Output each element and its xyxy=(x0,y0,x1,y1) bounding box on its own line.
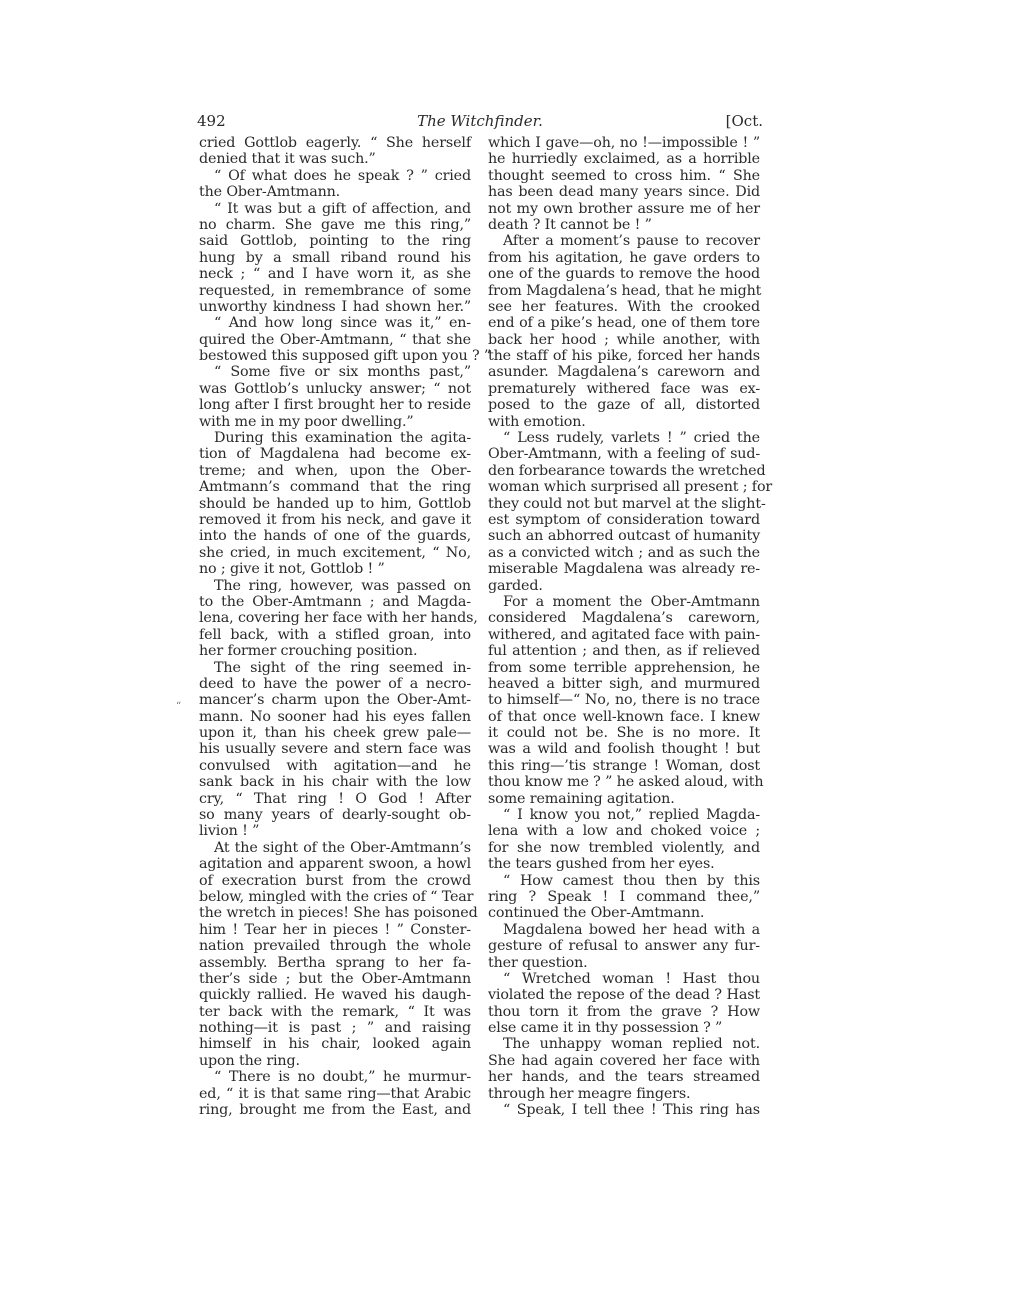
text-line: treme; and when, upon the Ober- xyxy=(199,463,471,479)
text-line: posed to the gaze of all, distorted xyxy=(488,397,760,413)
text-line: “ Speak, I tell thee ! This ring has xyxy=(488,1102,760,1118)
text-line: into the hands of one of the guards, xyxy=(199,528,471,544)
text-line: assembly. Bertha sprang to her fa- xyxy=(199,955,471,971)
text-line: tion of Magdalena had become ex- xyxy=(199,446,471,462)
text-line: Magdalena bowed her head with a xyxy=(488,922,760,938)
text-line: should be handed up to him, Gottlob xyxy=(199,496,471,512)
text-line: upon it, than his cheek grew pale— xyxy=(199,725,471,741)
text-line: hung by a small riband round his xyxy=(199,250,471,266)
text-line: neck ; “ and I have worn it, as she xyxy=(199,266,471,282)
text-line: the staff of his pike, forced her hands xyxy=(488,348,760,364)
text-line: bestowed this supposed gift upon you ? ” xyxy=(199,348,471,364)
text-line: The ring, however, was passed on xyxy=(199,578,471,594)
text-line: he hurriedly exclaimed, as a horrible xyxy=(488,151,760,167)
text-line: After a moment’s pause to recover xyxy=(488,233,760,249)
text-line: During this examination the agita- xyxy=(199,430,471,446)
text-line: quickly rallied. He waved his daugh- xyxy=(199,987,471,1003)
text-line: back her hood ; while another, with xyxy=(488,332,760,348)
text-line: asunder. Magdalena’s careworn and xyxy=(488,364,760,380)
text-line: ter back with the remark, “ It was xyxy=(199,1004,471,1020)
text-line: ful attention ; and then, as if relieved xyxy=(488,643,760,659)
text-line: quired the Ober-Amtmann, “ that she xyxy=(199,332,471,348)
text-line: miserable Magdalena was already re- xyxy=(488,561,760,577)
text-line: some remaining agitation. xyxy=(488,791,760,807)
text-line: thought seemed to cross him. “ She xyxy=(488,168,760,184)
text-line: thou know me ? ” he asked aloud, with xyxy=(488,774,760,790)
text-line: “ I know you not,” replied Magda- xyxy=(488,807,760,823)
text-line: For a moment the Ober-Amtmann xyxy=(488,594,760,610)
text-line: as a convicted witch ; and as such the xyxy=(488,545,760,561)
text-line: heaved a bitter sigh, and murmured xyxy=(488,676,760,692)
text-line: mancer’s charm upon the Ober-Amt- xyxy=(199,692,471,708)
text-line: est symptom of consideration toward xyxy=(488,512,760,528)
text-line: “ How camest thou then by this xyxy=(488,873,760,889)
text-line: was a wild and foolish thought ! but xyxy=(488,741,760,757)
text-line: considered Magdalena’s careworn, xyxy=(488,610,760,626)
text-line: ther’s side ; but the Ober-Amtmann xyxy=(199,971,471,987)
text-line: continued the Ober-Amtmann. xyxy=(488,905,760,921)
text-line: ring ? Speak ! I command thee,” xyxy=(488,889,760,905)
text-line: of that once well-known face. I knew xyxy=(488,709,760,725)
scanned-page: 492 The Witchfinder. [Oct. cried Gottlob… xyxy=(0,0,1009,1304)
text-line: withered, and agitated face with pain- xyxy=(488,627,760,643)
text-line: ther question. xyxy=(488,955,760,971)
text-line: it could not be. She is no more. It xyxy=(488,725,760,741)
text-line: ring, brought me from the East, and xyxy=(199,1102,471,1118)
text-line: from Magdalena’s head, that he might xyxy=(488,283,760,299)
text-line: with me in my poor dwelling.” xyxy=(199,414,471,430)
text-column-right: which I gave—oh, no !—impossible ! ”he h… xyxy=(488,135,760,1118)
text-line: nation prevailed through the whole xyxy=(199,938,471,954)
text-line: garded. xyxy=(488,578,760,594)
text-line: with emotion. xyxy=(488,414,760,430)
text-column-left: cried Gottlob eagerly. “ She herselfdeni… xyxy=(199,135,471,1118)
running-head: 492 The Witchfinder. [Oct. xyxy=(197,110,763,132)
text-line: removed it from his neck, and gave it xyxy=(199,512,471,528)
text-line: lena, covering her face with her hands, xyxy=(199,610,471,626)
text-line: not my own brother assure me of her xyxy=(488,201,760,217)
text-line: prematurely withered face was ex- xyxy=(488,381,760,397)
text-line: which I gave—oh, no !—impossible ! ” xyxy=(488,135,760,151)
text-line: She had again covered her face with xyxy=(488,1053,760,1069)
text-line: death ? It cannot be ! ” xyxy=(488,217,760,233)
text-line: “ There is no doubt,” he murmur- xyxy=(199,1069,471,1085)
text-line: unworthy kindness I had shown her.” xyxy=(199,299,471,315)
text-line: livion ! ” xyxy=(199,823,471,839)
text-line: this ring—’tis strange ! Woman, dost xyxy=(488,758,760,774)
text-line: ed, “ it is that same ring—that Arabic xyxy=(199,1086,471,1102)
text-line: denied that it was such.” xyxy=(199,151,471,167)
text-line: her hands, and the tears streamed xyxy=(488,1069,760,1085)
text-line: so many years of dearly-sought ob- xyxy=(199,807,471,823)
text-line: end of a pike’s head, one of them tore xyxy=(488,315,760,331)
text-line: requested, in remembrance of some xyxy=(199,283,471,299)
text-line: to the Ober-Amtmann ; and Magda- xyxy=(199,594,471,610)
text-line: “ Of what does he speak ? ” cried xyxy=(199,168,471,184)
text-line: of execration burst from the crowd xyxy=(199,873,471,889)
text-line: “ And how long since was it,” en- xyxy=(199,315,471,331)
text-line: for she now trembled violently, and xyxy=(488,840,760,856)
text-line: “ Some five or six months past,” xyxy=(199,364,471,380)
text-line: thou torn it from the grave ? How xyxy=(488,1004,760,1020)
text-line: said Gottlob, pointing to the ring xyxy=(199,233,471,249)
text-line: was Gottlob’s unlucky answer; “ not xyxy=(199,381,471,397)
text-line: from his agitation, he gave orders to xyxy=(488,250,760,266)
text-line: they could not but marvel at the slight- xyxy=(488,496,760,512)
text-line: the Ober-Amtmann. xyxy=(199,184,471,200)
text-line: else came it in thy possession ? ” xyxy=(488,1020,760,1036)
text-line: “ Less rudely, varlets ! ” cried the xyxy=(488,430,760,446)
text-line: cried Gottlob eagerly. “ She herself xyxy=(199,135,471,151)
text-line: sank back in his chair with the low xyxy=(199,774,471,790)
text-line: no ; give it not, Gottlob ! ” xyxy=(199,561,471,577)
text-line: nothing—it is past ; ” and raising xyxy=(199,1020,471,1036)
text-line: lena with a low and choked voice ; xyxy=(488,823,760,839)
text-line: woman which surprised all present ; for xyxy=(488,479,760,495)
text-line: “ Wretched woman ! Hast thou xyxy=(488,971,760,987)
text-line: violated the repose of the dead ? Hast xyxy=(488,987,760,1003)
text-line: has been dead many years since. Did xyxy=(488,184,760,200)
text-line: convulsed with agitation—and he xyxy=(199,758,471,774)
text-line: her former crouching position. xyxy=(199,643,471,659)
text-line: him ! Tear her in pieces ! ” Conster- xyxy=(199,922,471,938)
text-line: his usually severe and stern face was xyxy=(199,741,471,757)
text-line: The unhappy woman replied not. xyxy=(488,1036,760,1052)
text-line: Ober-Amtmann, with a feeling of sud- xyxy=(488,446,760,462)
text-line: see her features. With the crooked xyxy=(488,299,760,315)
text-line: to himself—“ No, no, there is no trace xyxy=(488,692,760,708)
text-line: cry, “ That ring ! O God ! After xyxy=(199,791,471,807)
text-line: At the sight of the Ober-Amtmann’s xyxy=(199,840,471,856)
text-line: below, mingled with the cries of “ Tear xyxy=(199,889,471,905)
text-line: long after I first brought her to reside xyxy=(199,397,471,413)
text-line: mann. No sooner had his eyes fallen xyxy=(199,709,471,725)
text-line: through her meagre fingers. xyxy=(488,1086,760,1102)
text-line: one of the guards to remove the hood xyxy=(488,266,760,282)
text-line: gesture of refusal to answer any fur- xyxy=(488,938,760,954)
text-line: “ It was but a gift of affection, and xyxy=(199,201,471,217)
text-line: such an abhorred outcast of humanity xyxy=(488,528,760,544)
text-line: she cried, in much excitement, “ No, xyxy=(199,545,471,561)
issue-month: [Oct. xyxy=(726,110,763,132)
text-line: agitation and apparent swoon, a howl xyxy=(199,856,471,872)
text-line: Amtmann’s command that the ring xyxy=(199,479,471,495)
text-line: fell back, with a stifled groan, into xyxy=(199,627,471,643)
text-line: deed to have the power of a necro- xyxy=(199,676,471,692)
scan-speck: “ xyxy=(176,701,181,712)
text-line: upon the ring. xyxy=(199,1053,471,1069)
text-line: den forbearance towards the wretched xyxy=(488,463,760,479)
text-line: the wretch in pieces! She has poisoned xyxy=(199,905,471,921)
text-line: himself in his chair, looked again xyxy=(199,1036,471,1052)
text-line: no charm. She gave me this ring,” xyxy=(199,217,471,233)
text-line: The sight of the ring seemed in- xyxy=(199,660,471,676)
running-title: The Witchfinder. xyxy=(197,110,763,132)
text-line: the tears gushed from her eyes. xyxy=(488,856,760,872)
text-line: from some terrible apprehension, he xyxy=(488,660,760,676)
